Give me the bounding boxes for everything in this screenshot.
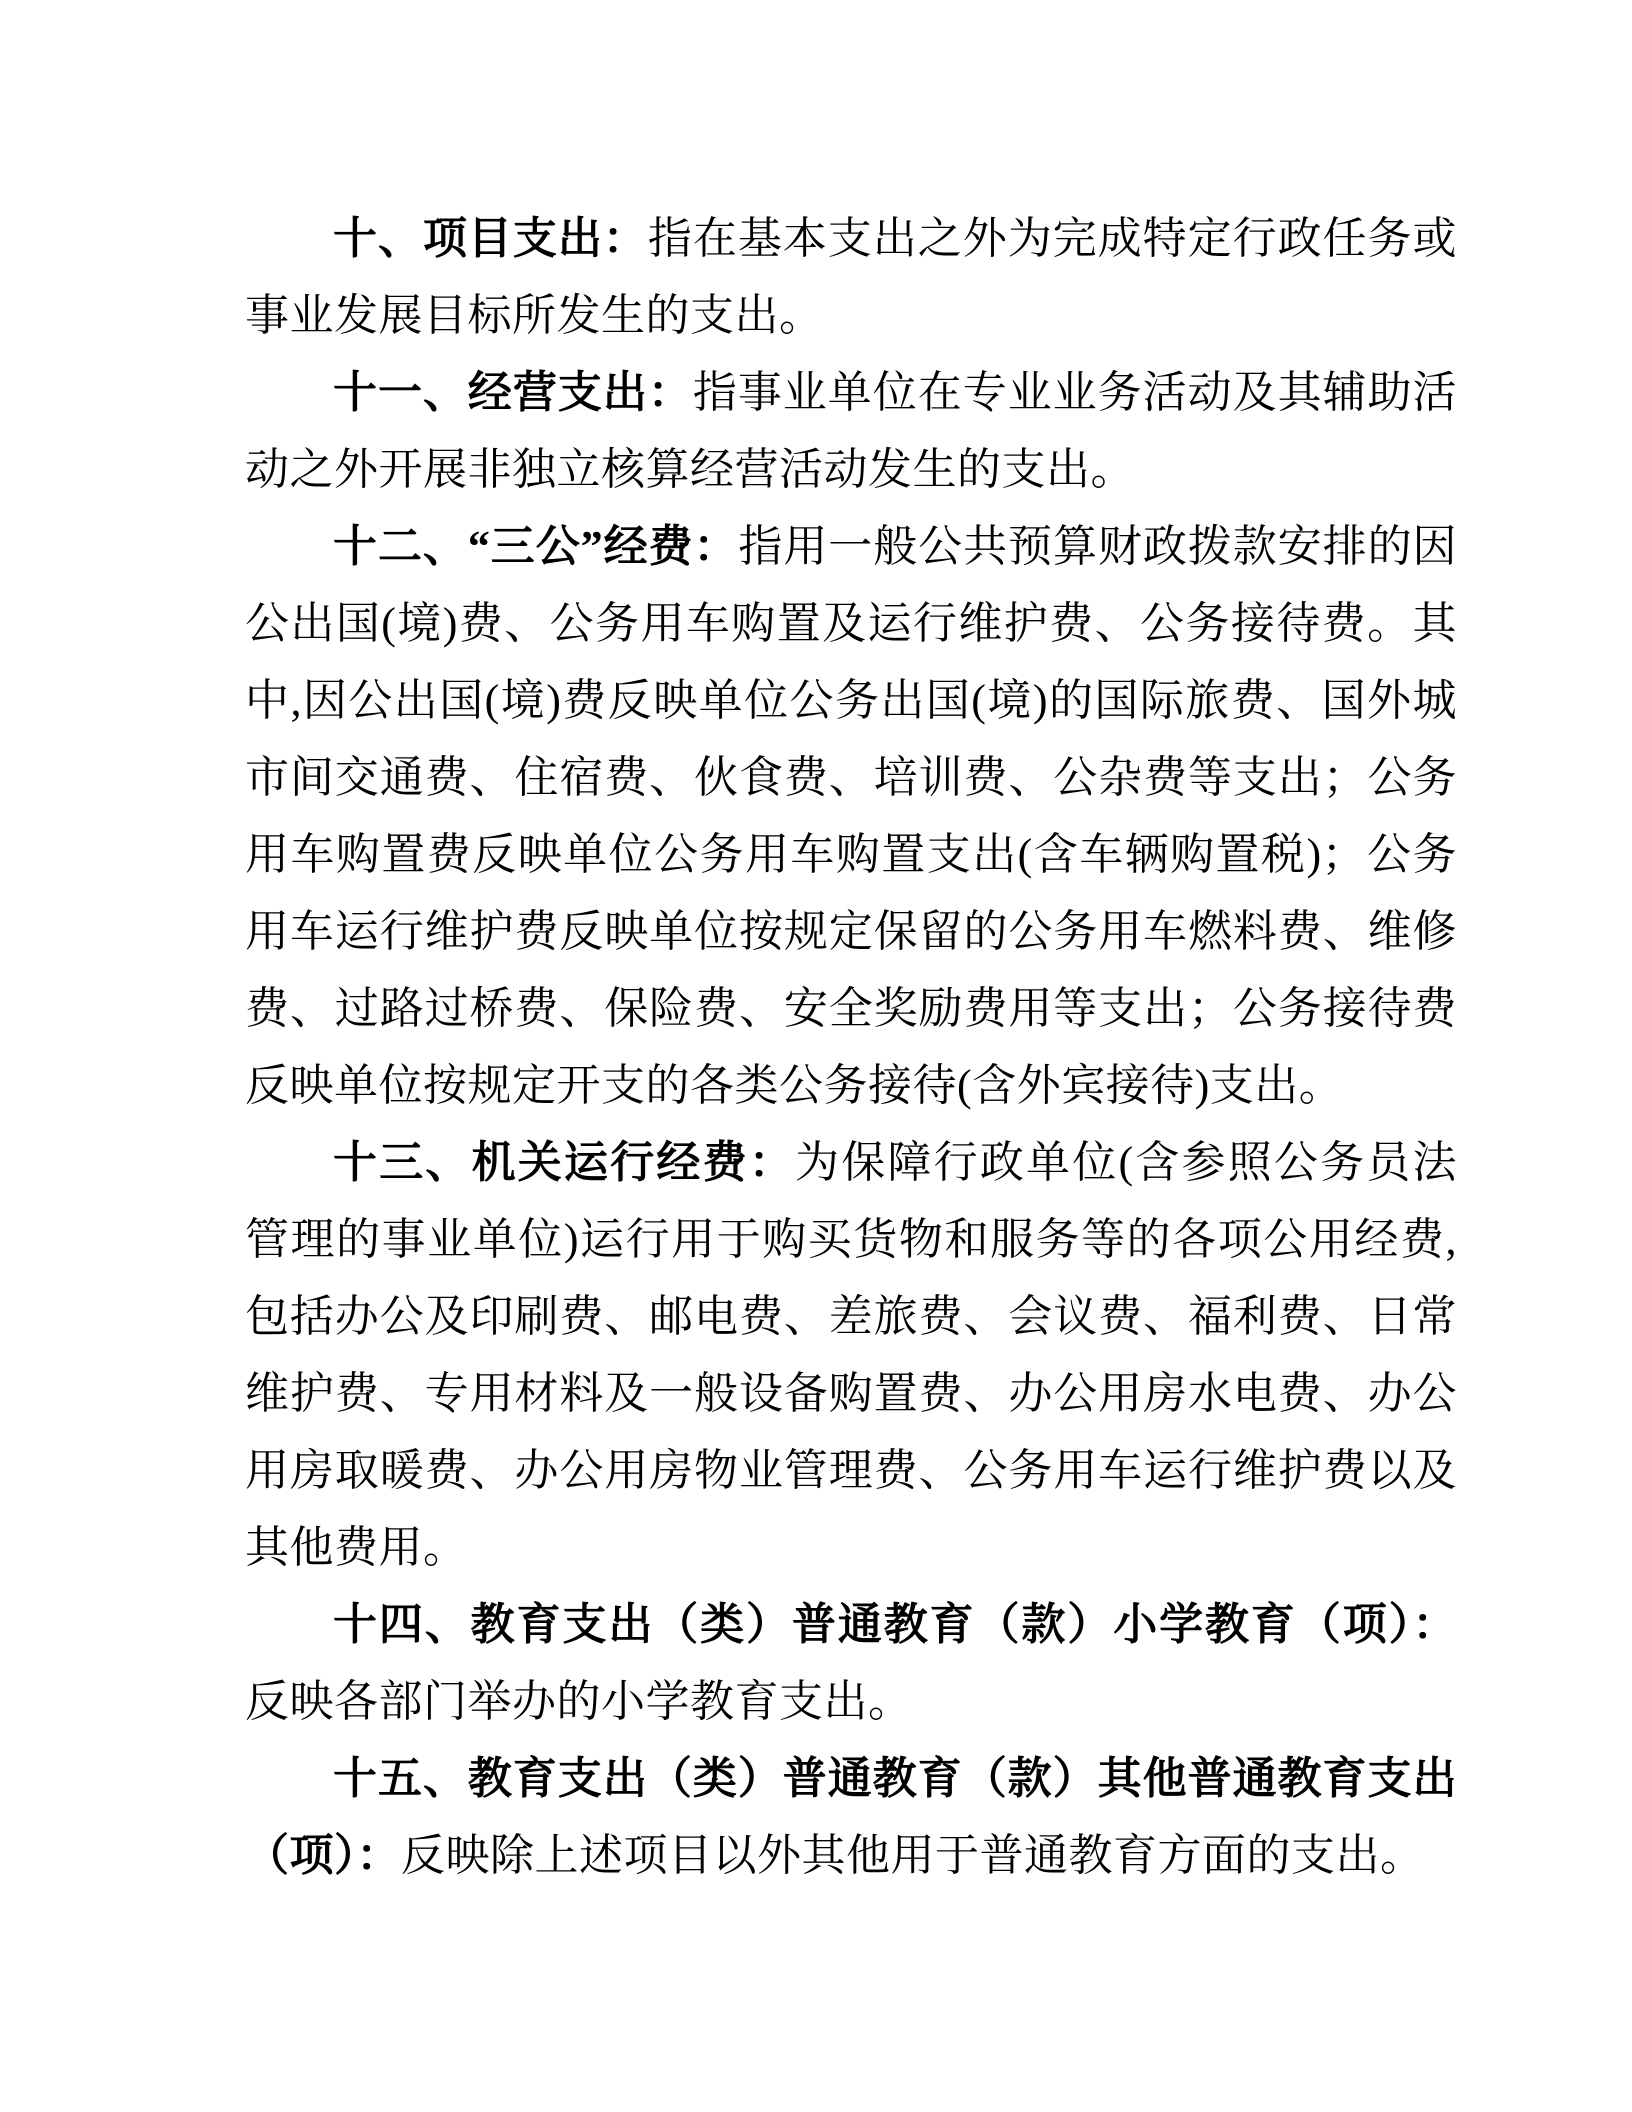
paragraph-item-12-text: 指用一般公共预算财政拨款安排的因公出国(境)费、公务用车购置及运行维护费、公务接… xyxy=(245,522,1457,1110)
paragraph-item-10: 十、项目支出：指在基本支出之外为完成特定行政任务或事业发展目标所发生的支出。 xyxy=(245,200,1457,354)
paragraph-item-12-label: 十二、“三公”经费： xyxy=(333,522,738,571)
paragraph-item-13-text: 为保障行政单位(含参照公务员法管理的事业单位)运行用于购买货物和服务等的各项公用… xyxy=(245,1138,1457,1572)
paragraph-item-13-label: 十三、机关运行经费： xyxy=(333,1138,795,1187)
document-content: 十、项目支出：指在基本支出之外为完成特定行政任务或事业发展目标所发生的支出。 十… xyxy=(245,200,1457,1894)
paragraph-item-13: 十三、机关运行经费：为保障行政单位(含参照公务员法管理的事业单位)运行用于购买货… xyxy=(245,1124,1457,1586)
paragraph-item-14-text: 反映各部门举办的小学教育支出。 xyxy=(245,1677,913,1726)
paragraph-item-10-label: 十、项目支出： xyxy=(333,214,648,263)
paragraph-item-15: 十五、教育支出（类）普通教育（款）其他普通教育支出（项）：反映除上述项目以外其他… xyxy=(245,1740,1457,1894)
paragraph-item-14-label: 十四、教育支出（类）普通教育（款）小学教育（项）： xyxy=(333,1600,1457,1649)
paragraph-item-14: 十四、教育支出（类）普通教育（款）小学教育（项）：反映各部门举办的小学教育支出。 xyxy=(245,1586,1457,1740)
paragraph-item-11-label: 十一、经营支出： xyxy=(333,368,693,417)
document-page: 十、项目支出：指在基本支出之外为完成特定行政任务或事业发展目标所发生的支出。 十… xyxy=(0,0,1632,2112)
paragraph-item-11: 十一、经营支出：指事业单位在专业业务活动及其辅助活动之外开展非独立核算经营活动发… xyxy=(245,354,1457,508)
paragraph-item-12: 十二、“三公”经费：指用一般公共预算财政拨款安排的因公出国(境)费、公务用车购置… xyxy=(245,508,1457,1124)
paragraph-item-15-text: 反映除上述项目以外其他用于普通教育方面的支出。 xyxy=(401,1831,1425,1880)
